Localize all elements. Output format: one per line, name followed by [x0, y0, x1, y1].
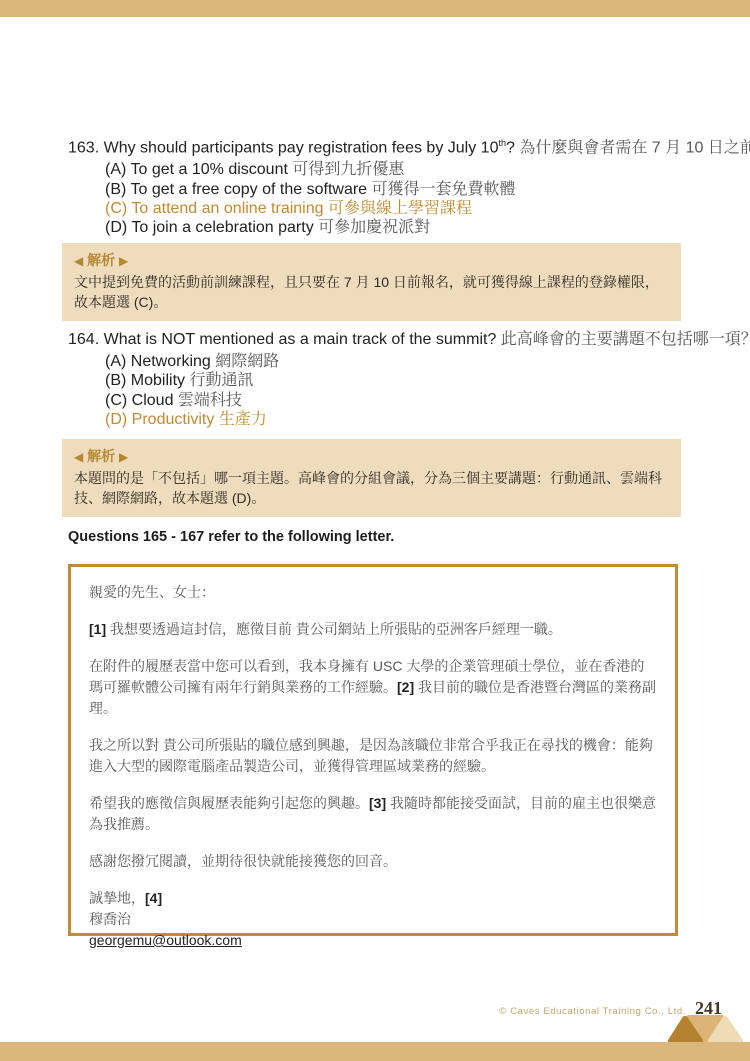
question-163: 163. Why should participants pay registr… — [68, 134, 708, 238]
option-text-en: Productivity — [132, 411, 219, 428]
answer-option-a: (A) To get a 10% discount 可得到九折優惠 — [105, 160, 708, 179]
analysis-text: 本題問的是「不包括」哪一項主題。高峰會的分組會議，分為三個主要講題：行動通訊、雲… — [74, 468, 669, 508]
caves-logo-icon — [664, 1013, 746, 1045]
letter-box: 親愛的先生、女士： [1] 我想要透過這封信，應徵目前 貴公司網站上所張貼的亞洲… — [68, 564, 678, 936]
question-stem-zh: 此高峰會的主要講題不包括哪一項？ — [501, 331, 750, 348]
analysis-box-164: ◀ 解析 ▶ 本題問的是「不包括」哪一項主題。高峰會的分組會議，分為三個主要講題… — [62, 439, 681, 517]
question-164: 164. What is NOT mentioned as a main tra… — [68, 330, 708, 429]
answer-option-d: (D) To join a celebration party 可參加慶祝派對 — [105, 218, 708, 237]
analysis-label: 解析 — [83, 252, 119, 268]
option-text-zh: 網際網路 — [215, 353, 279, 370]
analysis-label: 解析 — [83, 448, 119, 464]
blank-marker-4: [4] — [145, 890, 162, 906]
option-text-en: To get a free copy of the software — [130, 181, 371, 198]
blank-marker-1: [1] — [89, 621, 106, 637]
paragraph-text: 我想要透過這封信，應徵目前 貴公司網站上所張貼的亞洲客戶經理一職。 — [106, 621, 562, 637]
passage-heading: Questions 165 - 167 refer to the followi… — [68, 529, 394, 545]
question-number: 163. — [68, 139, 99, 156]
answer-option-c-correct: (C) To attend an online training 可參與線上學習… — [105, 199, 708, 218]
answer-option-c: (C) Cloud 雲端科技 — [105, 391, 708, 410]
copyright-text: © Caves Educational Training Co., Ltd. — [499, 1006, 686, 1017]
left-triangle-icon: ◀ — [74, 450, 83, 464]
option-text-zh: 可參與線上學習課程 — [328, 200, 472, 217]
question-stem-zh: 為什麼與會者需在 7 月 10 日之前繳費？ — [519, 139, 750, 156]
answer-option-a: (A) Networking 網際網路 — [105, 352, 708, 371]
option-text-en: To attend an online training — [131, 200, 328, 217]
option-label: (A) — [105, 353, 126, 370]
letter-closing: 誠摯地，[4] — [89, 888, 657, 909]
question-163-stem: 163. Why should participants pay registr… — [68, 134, 708, 157]
letter-signature: 穆喬治 — [89, 909, 657, 930]
option-label: (B) — [105, 372, 126, 389]
question-number: 164. — [68, 331, 99, 348]
answer-option-d-correct: (D) Productivity 生產力 — [105, 410, 708, 429]
analysis-box-163: ◀ 解析 ▶ 文中提到免費的活動前訓練課程，且只要在 7 月 10 日前報名，就… — [62, 243, 681, 321]
analysis-header: ◀ 解析 ▶ — [74, 446, 669, 467]
option-text-en: To join a celebration party — [131, 219, 318, 236]
option-text-zh: 可獲得一套免費軟體 — [372, 181, 516, 198]
option-label: (C) — [105, 392, 127, 409]
option-text-zh: 可參加慶祝派對 — [318, 219, 430, 236]
email-address: georgemu@outlook.com — [89, 932, 242, 948]
option-text-en: To get a 10% discount — [130, 161, 292, 178]
letter-paragraph-5: 感謝您撥冗閱讀，並期待很快就能接獲您的回音。 — [89, 851, 657, 872]
option-label: (C) — [105, 200, 127, 217]
bottom-accent-bar — [0, 1042, 750, 1061]
letter-paragraph-3: 我之所以對 貴公司所張貼的職位感到興趣，是因為該職位非常合乎我正在尋找的機會：能… — [89, 735, 657, 777]
blank-marker-3: [3] — [369, 795, 386, 811]
analysis-text: 文中提到免費的活動前訓練課程，且只要在 7 月 10 日前報名，就可獲得線上課程… — [74, 272, 669, 312]
option-text-en: Cloud — [132, 392, 178, 409]
question-stem-superscript: th — [498, 138, 506, 148]
analysis-header: ◀ 解析 ▶ — [74, 250, 669, 271]
answer-option-b: (B) To get a free copy of the software 可… — [105, 180, 708, 199]
option-text-zh: 可得到九折優惠 — [292, 161, 404, 178]
letter-paragraph-2: 在附件的履歷表當中您可以看到，我本身擁有 USC 大學的企業管理碩士學位，並在香… — [89, 656, 657, 719]
paragraph-text: 希望我的應徵信與履歷表能夠引起您的興趣。 — [89, 795, 369, 811]
option-label: (D) — [105, 219, 127, 236]
right-triangle-icon: ▶ — [119, 254, 128, 268]
letter-paragraph-4: 希望我的應徵信與履歷表能夠引起您的興趣。[3] 我隨時都能接受面試，目前的雇主也… — [89, 793, 657, 835]
question-164-options: (A) Networking 網際網路 (B) Mobility 行動通訊 (C… — [105, 352, 708, 429]
letter-email: georgemu@outlook.com — [89, 930, 657, 951]
option-text-en: Networking — [131, 353, 215, 370]
left-triangle-icon: ◀ — [74, 254, 83, 268]
option-text-zh: 生產力 — [219, 411, 267, 428]
question-stem-punct: ? — [506, 139, 519, 156]
option-label: (A) — [105, 161, 126, 178]
question-stem-en: Why should participants pay registration… — [104, 139, 499, 156]
question-163-options: (A) To get a 10% discount 可得到九折優惠 (B) To… — [105, 160, 708, 237]
option-text-zh: 雲端科技 — [178, 392, 242, 409]
top-accent-bar — [0, 0, 750, 17]
right-triangle-icon: ▶ — [119, 450, 128, 464]
question-164-stem: 164. What is NOT mentioned as a main tra… — [68, 330, 708, 349]
blank-marker-2: [2] — [397, 679, 414, 695]
letter-paragraph-1: [1] 我想要透過這封信，應徵目前 貴公司網站上所張貼的亞洲客戶經理一職。 — [89, 619, 657, 640]
option-text-zh: 行動通訊 — [189, 372, 253, 389]
option-text-en: Mobility — [131, 372, 190, 389]
closing-text: 誠摯地， — [89, 890, 145, 906]
letter-salutation: 親愛的先生、女士： — [89, 582, 657, 603]
answer-option-b: (B) Mobility 行動通訊 — [105, 371, 708, 390]
option-label: (D) — [105, 411, 127, 428]
question-stem-en: What is NOT mentioned as a main track of… — [104, 331, 501, 348]
option-label: (B) — [105, 181, 126, 198]
